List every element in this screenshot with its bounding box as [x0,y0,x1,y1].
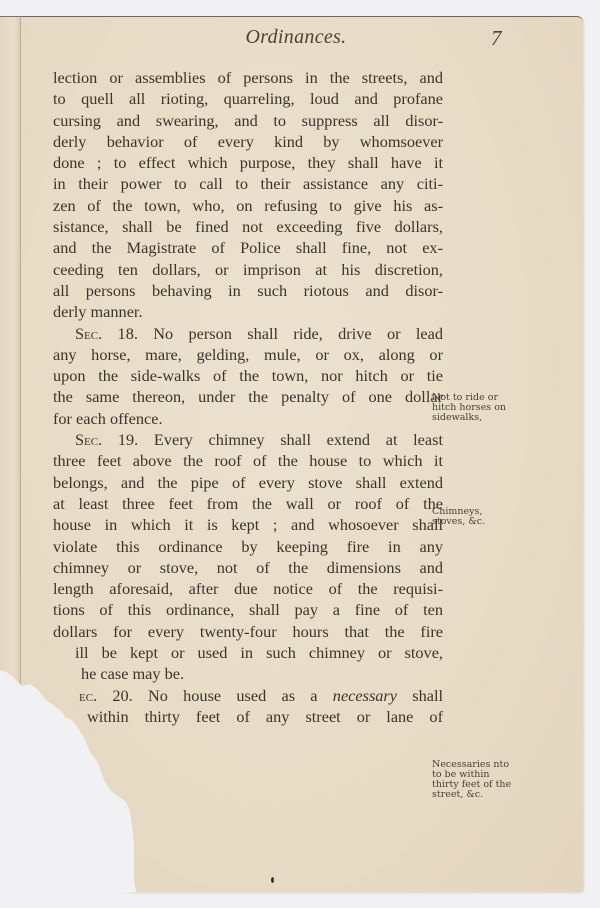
text-line: derly manner. [53,301,443,322]
section-label: Sec. [75,430,102,449]
text-line: ill be kept or used in such chimney or s… [53,642,443,663]
italic-term: necessary [333,686,397,705]
text-line: lection or assemblies of persons in the … [53,67,443,88]
text-line: derly behavior of every kind by whomsoev… [53,131,443,152]
text-line: for each offence. [53,408,443,429]
text-line: at least three feet from the wall or roo… [53,493,443,514]
text-line: all persons behaving in such riotous and… [53,280,443,301]
section-19-heading-line: Sec. 19. Every chimney shall extend at l… [53,429,443,450]
margin-note-sidewalks: Not to ride or hitch horses on sidewalks… [432,393,522,423]
margin-note-chimneys: Chimneys, stoves, &c. [432,507,522,527]
section-label: ec. [79,686,97,705]
text-line: violate this ordinance by keeping fire i… [53,536,443,557]
text-line: to quell all rioting, quarreling, loud a… [53,88,443,109]
text-line: three feet above the roof of the house t… [53,450,443,471]
text-line: tions of this ordinance, shall pay a fin… [53,599,443,620]
page-number: 7 [491,26,502,51]
text-line: zen of the town, who, on refusing to giv… [53,195,443,216]
body-text: lection or assemblies of persons in the … [53,67,443,727]
text-line: chimney or stove, not of the dimensions … [53,557,443,578]
text-line: and the Magistrate of Police shall fine,… [53,237,443,258]
text-line: length aforesaid, after due notice of th… [53,578,443,599]
text-line: done ; to effect which purpose, they sha… [53,152,443,173]
text-line: he case may be. [53,663,443,684]
text-line: house in which it is kept ; and whosoeve… [53,514,443,535]
paper-blemish [271,877,274,883]
section-label: Sec. [75,324,102,343]
running-header-title: Ordinances. [176,26,416,49]
text-line: sistance, shall be fined not exceeding f… [53,216,443,237]
text-line: within thirty feet of any street or lane… [53,706,443,727]
text-line: any horse, mare, gelding, mule, or ox, a… [53,344,443,365]
section-20-heading-line: ec. 20. No house used as a necessary sha… [53,685,443,706]
text-line: ceeding ten dollars, or imprison at his … [53,259,443,280]
adjacent-page-edge [0,16,21,693]
text-line: belongs, and the pipe of every stove sha… [53,472,443,493]
document-page: Ordinances. 7 lection or assemblies of p… [20,16,583,892]
text-line: the same thereon, under the penalty of o… [53,386,443,407]
margin-note-necessaries: Necessaries nto to be within thirty feet… [432,760,522,800]
text-line: cursing and swearing, and to suppress al… [53,110,443,131]
section-18-heading-line: Sec. 18. No person shall ride, drive or … [53,323,443,344]
text-line: dollars for every twenty-four hours that… [53,621,443,642]
text-line: upon the side-walks of the town, nor hit… [53,365,443,386]
text-line: in their power to call to their assistan… [53,173,443,194]
